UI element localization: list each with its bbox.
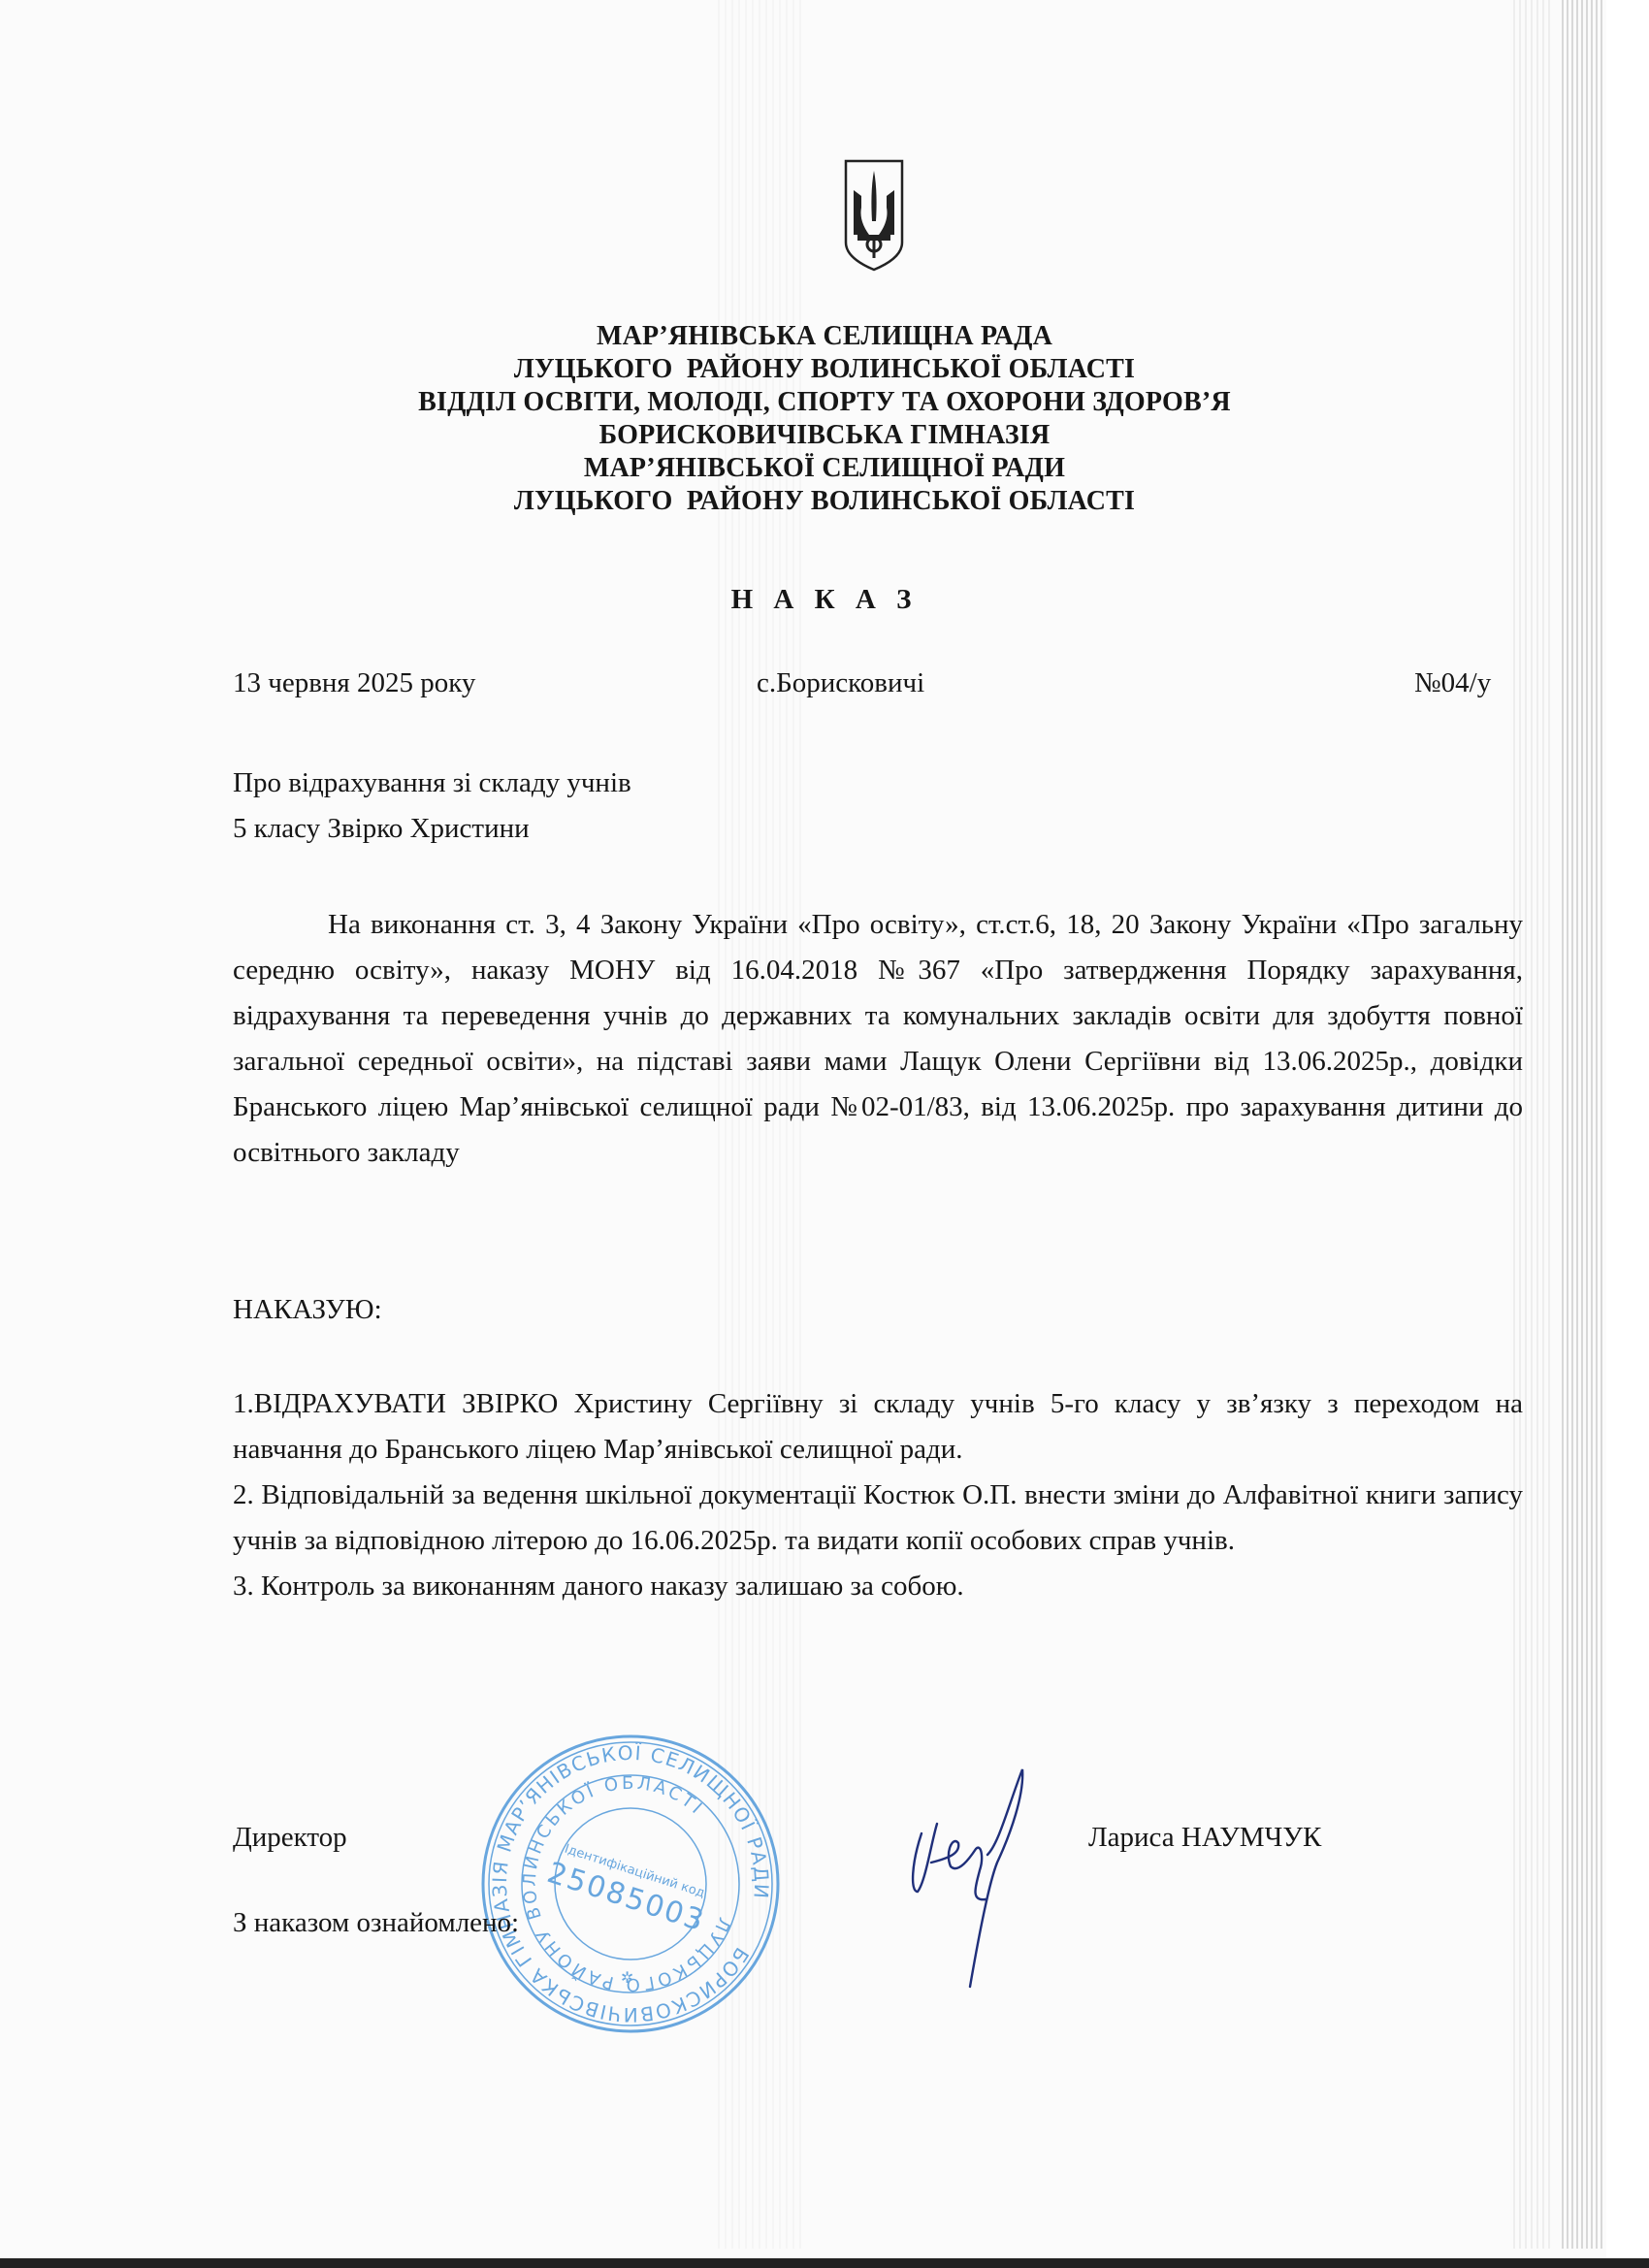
trident-coat-of-arms-icon (842, 157, 906, 274)
header-line: ВІДДІЛ ОСВІТИ, МОЛОДІ, СПОРТУ ТА ОХОРОНИ… (0, 386, 1649, 419)
header-line: МАР’ЯНІВСЬКОЇ СЕЛИЩНОЇ РАДИ (0, 452, 1649, 485)
order-items: 1.ВІДРАХУВАТИ ЗВІРКО Христину Сергіївну … (233, 1381, 1523, 1609)
signatory-name: Лариса НАУМЧУК (1088, 1822, 1321, 1854)
order-place: с.Борисковичі (757, 667, 924, 699)
preamble-paragraph: На виконання ст. 3, 4 Закону України «Пр… (233, 902, 1523, 1176)
scan-edge (0, 2258, 1649, 2268)
order-item: 3. Контроль за виконанням даного наказу … (233, 1564, 1523, 1609)
stamp-star-icon: ✲ (621, 1968, 633, 1987)
header-line: ЛУЦЬКОГО РАЙОНУ ВОЛИНСЬКОЇ ОБЛАСТІ (0, 353, 1649, 386)
institution-header: МАР’ЯНІВСЬКА СЕЛИЩНА РАДА ЛУЦЬКОГО РАЙОН… (0, 320, 1649, 518)
subject-line: Про відрахування зі складу учнів (233, 761, 631, 806)
order-subject: Про відрахування зі складу учнів 5 класу… (233, 761, 631, 852)
header-line: МАР’ЯНІВСЬКА СЕЛИЩНА РАДА (0, 320, 1649, 353)
order-number: №04/у (1414, 667, 1491, 699)
signatory-role: Директор (233, 1822, 347, 1854)
handwritten-signature (902, 1766, 1077, 1989)
order-item: 2. Відповідальній за ведення шкільної до… (233, 1473, 1523, 1564)
header-line: ЛУЦЬКОГО РАЙОНУ ВОЛИНСЬКОЇ ОБЛАСТІ (0, 485, 1649, 518)
order-date: 13 червня 2025 року (233, 667, 475, 699)
official-stamp: БОРИСКОВИЧІВСЬКА ГІМНАЗІЯ МАР’ЯНІВСЬКОЇ … (475, 1729, 786, 2039)
subject-line: 5 класу Звірко Христини (233, 806, 631, 852)
order-item: 1.ВІДРАХУВАТИ ЗВІРКО Христину Сергіївну … (233, 1381, 1523, 1473)
document-title: Н А К А З (0, 584, 1649, 616)
acknowledgement-line: З наказом ознайомлено: (233, 1907, 519, 1939)
header-line: БОРИСКОВИЧІВСЬКА ГІМНАЗІЯ (0, 419, 1649, 452)
order-word: НАКАЗУЮ: (233, 1294, 382, 1326)
